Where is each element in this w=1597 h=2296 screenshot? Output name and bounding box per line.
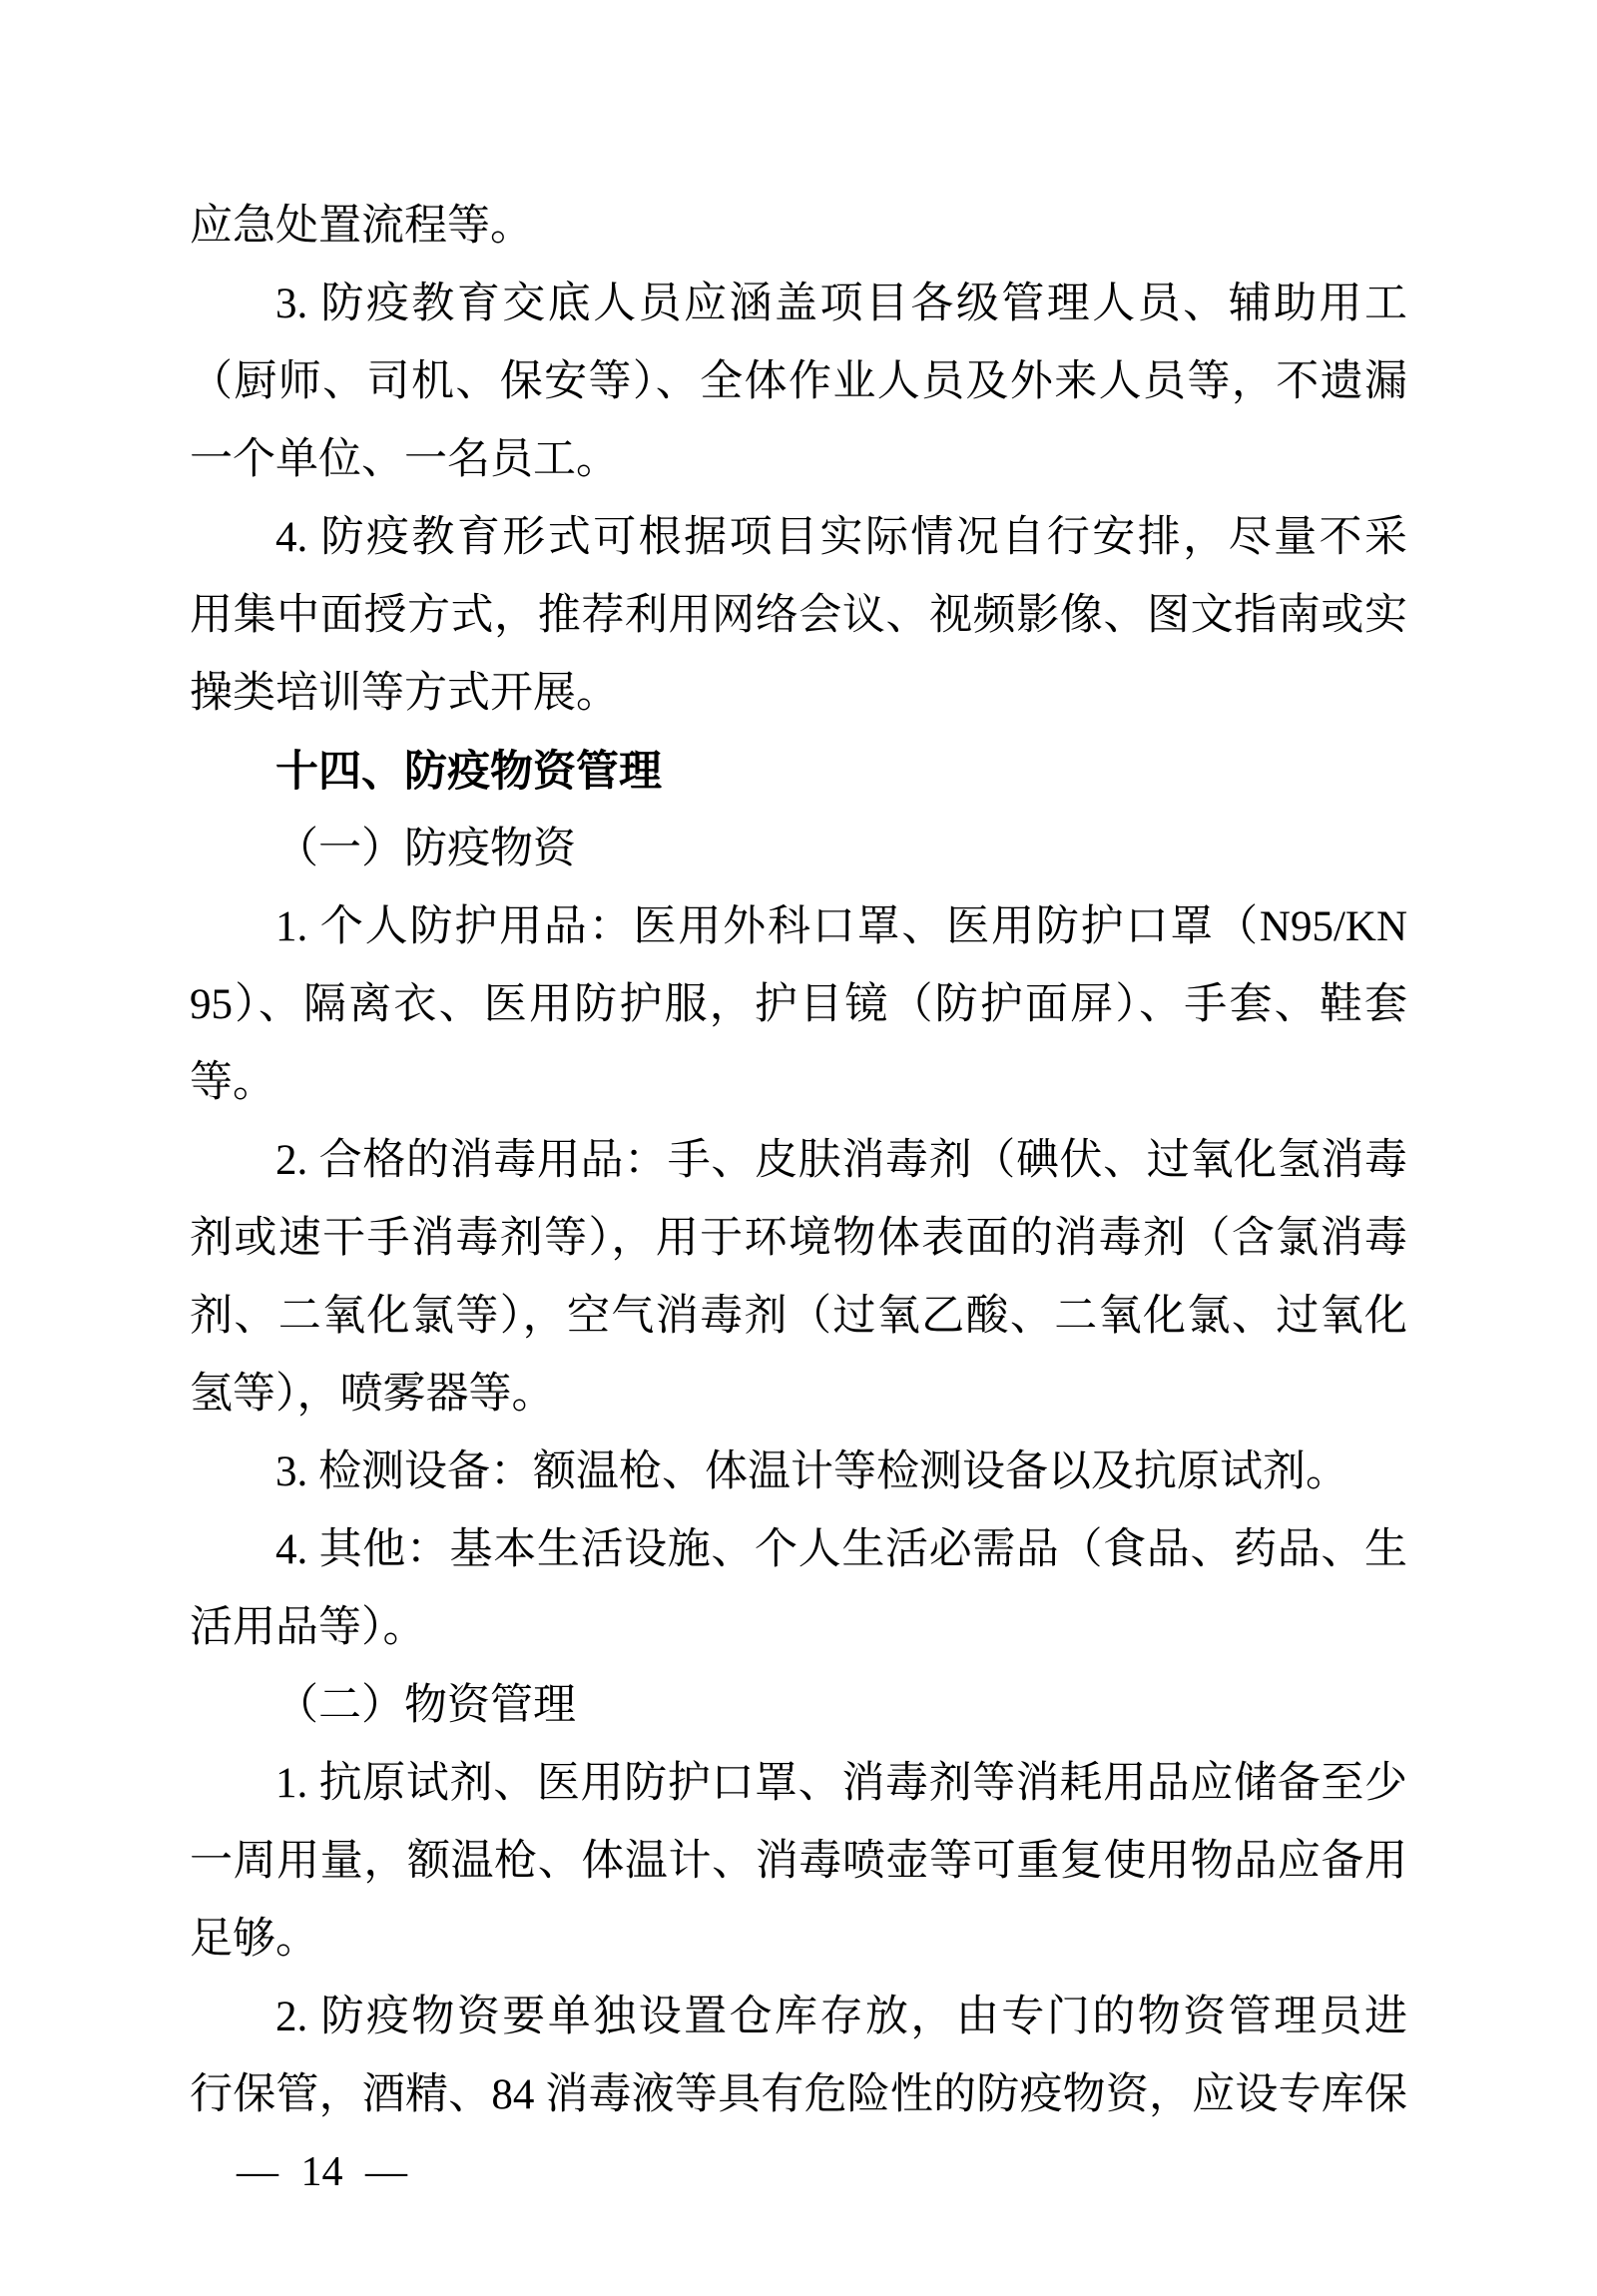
text-line: 一周用量，额温枪、体温计、消毒喷壶等可重复使用物品应备用 <box>190 1823 1407 1901</box>
text-line: 剂或速干手消毒剂等），用于环境物体表面的消毒剂（含氯消毒 <box>190 1200 1407 1278</box>
text-line: 2. 合格的消毒用品：手、皮肤消毒剂（碘伏、过氧化氢消毒 <box>190 1122 1407 1200</box>
text-line: 4. 其他：基本生活设施、个人生活必需品（食品、药品、生 <box>190 1511 1407 1589</box>
text-line: 95）、隔离衣、医用防护服，护目镜（防护面屏）、手套、鞋套 <box>190 966 1407 1044</box>
text-line: 4. 防疫教育形式可根据项目实际情况自行安排，尽量不采 <box>190 499 1407 577</box>
text-line: 行保管，酒精、84 消毒液等具有危险性的防疫物资，应设专库保 <box>190 2056 1407 2134</box>
section-heading: 十四、防疫物资管理 <box>190 733 1407 811</box>
sub-heading: （二）物资管理 <box>190 1667 1407 1745</box>
text-line: 1. 个人防护用品：医用外科口罩、医用防护口罩（N95/KN <box>190 888 1407 966</box>
text-line: 一个单位、一名员工。 <box>190 421 1407 499</box>
text-line: （厨师、司机、保安等）、全体作业人员及外来人员等，不遗漏 <box>190 343 1407 421</box>
text-line: 活用品等）。 <box>190 1589 1407 1667</box>
text-line: 3. 检测设备：额温枪、体温计等检测设备以及抗原试剂。 <box>190 1434 1407 1511</box>
text-line: 1. 抗原试剂、医用防护口罩、消毒剂等消耗用品应储备至少 <box>190 1745 1407 1823</box>
page-number: — 14 — <box>237 2146 407 2198</box>
text-line: 等。 <box>190 1044 1407 1122</box>
text-line: 用集中面授方式，推荐利用网络会议、视频影像、图文指南或实 <box>190 577 1407 655</box>
text-line: 氢等），喷雾器等。 <box>190 1356 1407 1434</box>
text-line: 剂、二氧化氯等），空气消毒剂（过氧乙酸、二氧化氯、过氧化 <box>190 1278 1407 1356</box>
text-line: 操类培训等方式开展。 <box>190 655 1407 733</box>
text-line: 足够。 <box>190 1901 1407 1979</box>
text-line: 3. 防疫教育交底人员应涵盖项目各级管理人员、辅助用工 <box>190 266 1407 343</box>
document-body: 应急处置流程等。 3. 防疫教育交底人员应涵盖项目各级管理人员、辅助用工 （厨师… <box>190 188 1407 2134</box>
document-page: 应急处置流程等。 3. 防疫教育交底人员应涵盖项目各级管理人员、辅助用工 （厨师… <box>0 0 1597 2296</box>
sub-heading: （一）防疫物资 <box>190 811 1407 888</box>
text-line: 应急处置流程等。 <box>190 188 1407 266</box>
text-line: 2. 防疫物资要单独设置仓库存放，由专门的物资管理员进 <box>190 1979 1407 2056</box>
